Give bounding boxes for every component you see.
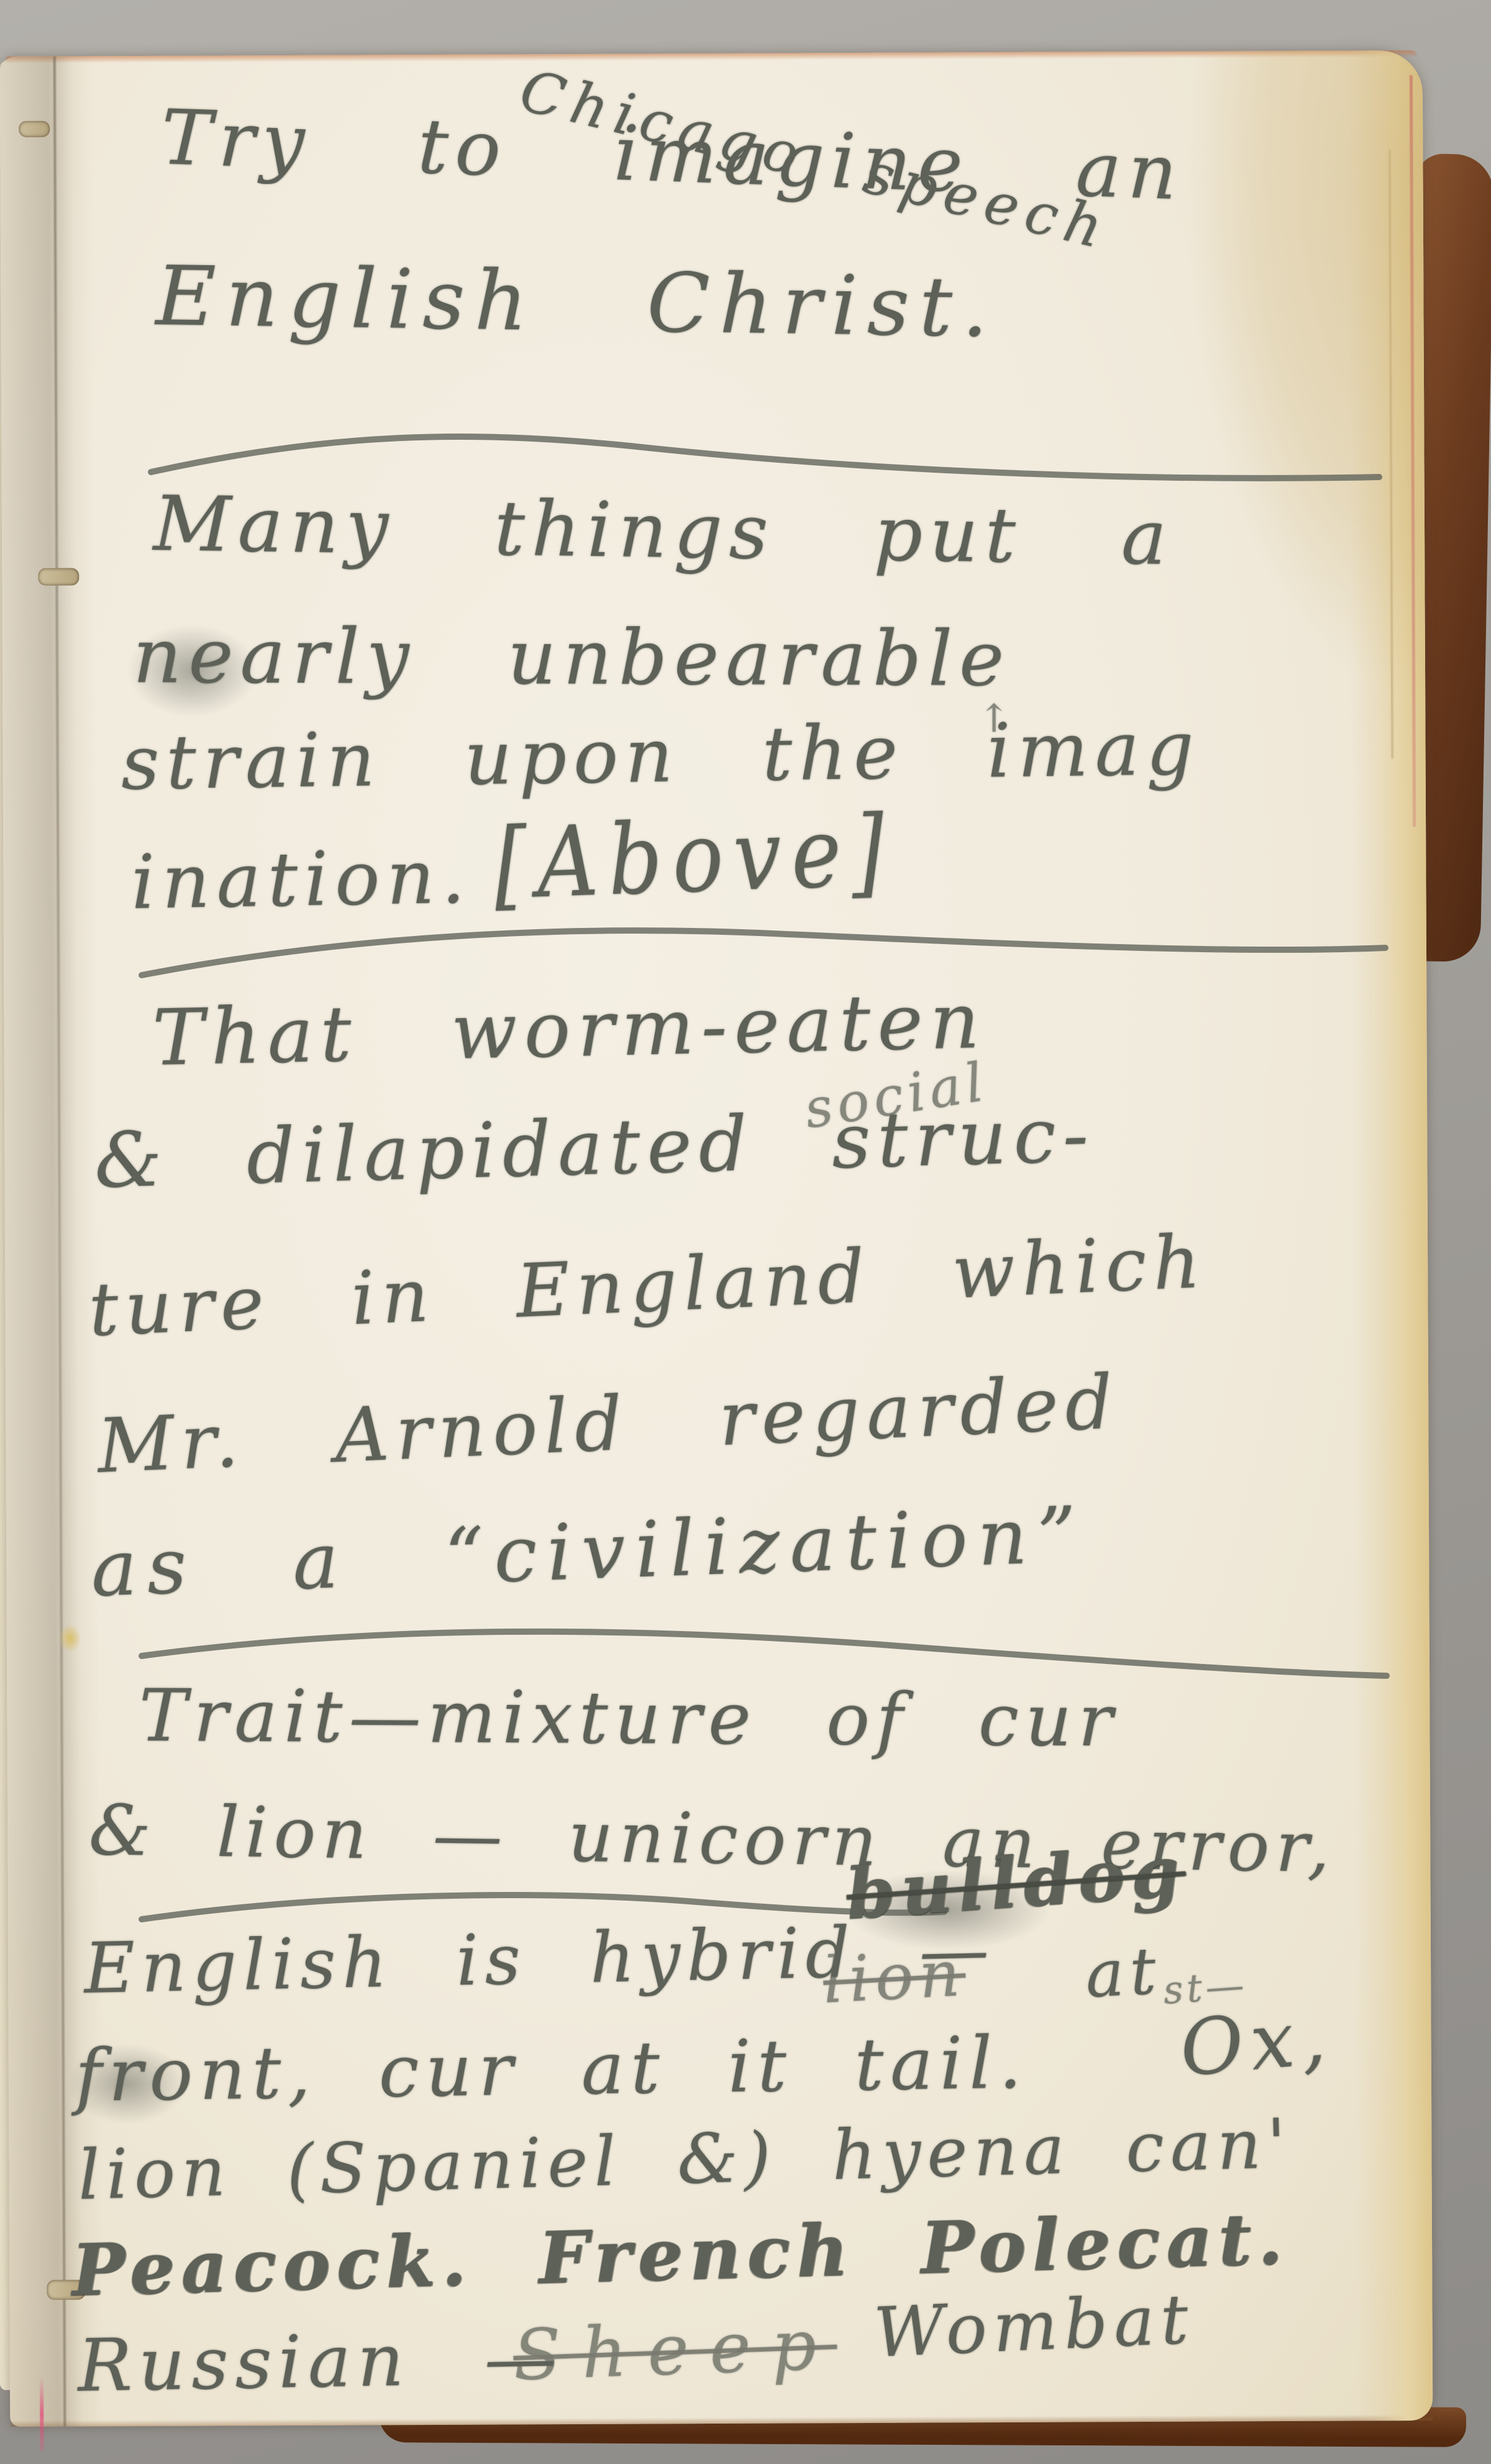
notebook-scan: Chicago speech Try to imagine an English… (0, 0, 1491, 2464)
paper-stain-spot (59, 1624, 81, 1652)
handwritten-word: Wombat (872, 2280, 1196, 2373)
handwritten-line: English Christ. (155, 248, 999, 356)
caret-insertion-mark: ↑ (978, 696, 1014, 741)
handwritten-word: at (1083, 1933, 1164, 2012)
handwritten-word: Ox, (1177, 1992, 1336, 2094)
struck-out-word: lion (821, 1937, 967, 2018)
binding-stitch-thread (19, 121, 50, 137)
handwritten-line: front, cur at it tail. (75, 2021, 1029, 2118)
handwritten-line: That worm-eaten (152, 976, 987, 1083)
handwritten-line: Many things put a (153, 480, 1174, 582)
binding-stitch-thread (38, 568, 79, 585)
handwritten-bracket-note: [Above] (492, 794, 896, 921)
struck-out-word: Sheep (512, 2304, 838, 2396)
handwritten-line: ination. (130, 834, 472, 926)
handwritten-line: strain upon the imag (121, 706, 1201, 807)
pink-edge-mark (40, 2377, 44, 2452)
handwritten-line: Russian — (77, 2316, 563, 2408)
handwritten-line: nearly unbearable (133, 612, 1011, 703)
handwritten-line: Trait—mixture of cur (139, 1674, 1119, 1763)
